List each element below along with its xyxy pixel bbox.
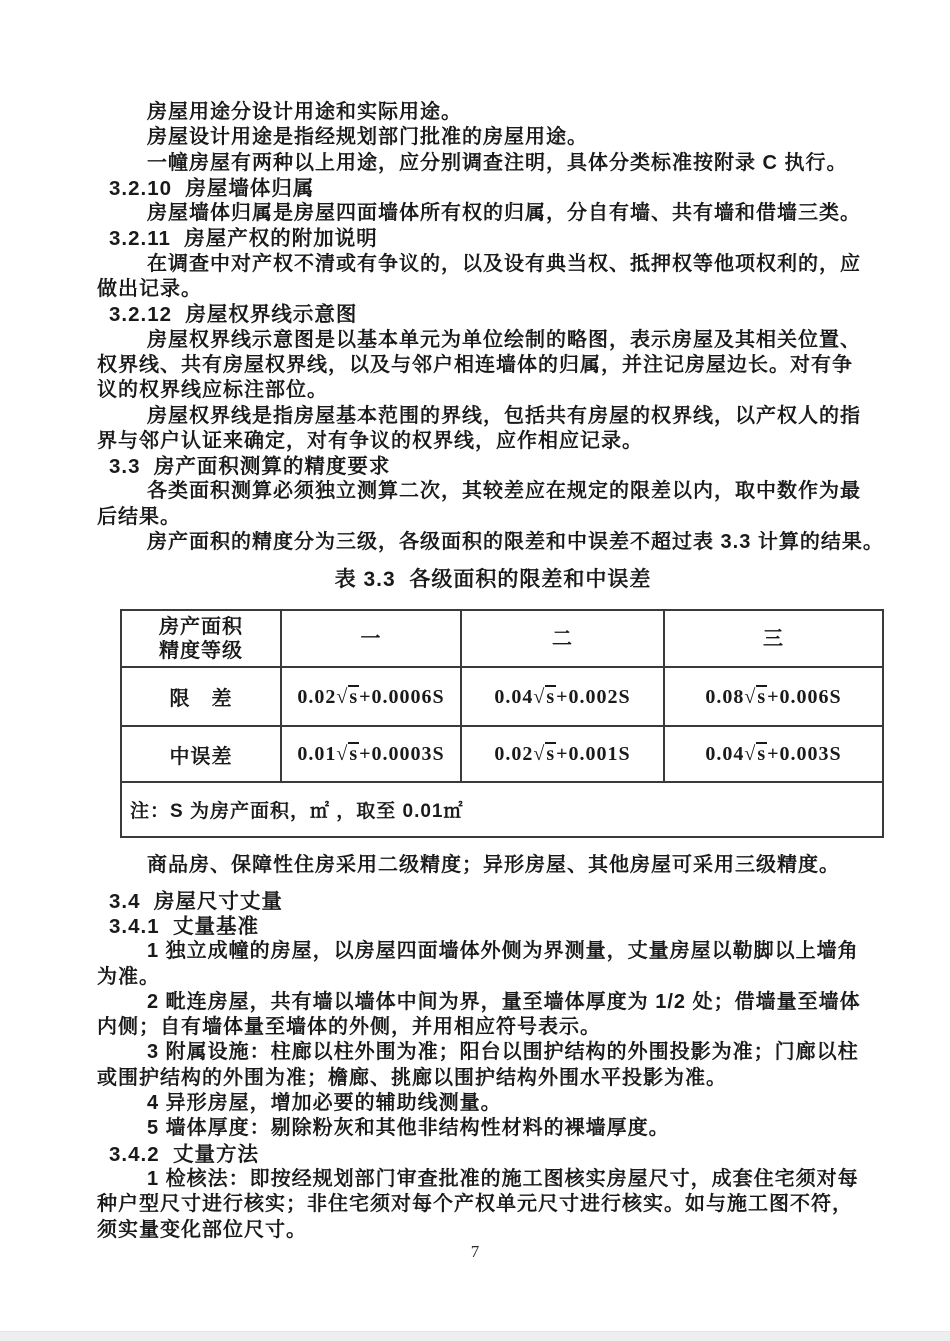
text-line: 权界线、共有房屋权界线，以及与邻户相连墙体的归属，并注记房屋边长。对有争 — [97, 353, 889, 378]
table-note: 注：S 为房产面积，㎡ ，取至 0.01㎡ — [121, 782, 883, 837]
text-line: 1 检核法：即按经规划部门审查批准的施工图核实房屋尺寸，成套住宅须对每 — [97, 1167, 889, 1192]
text-line: 房屋用途分设计用途和实际用途。 — [97, 100, 889, 125]
text-line: 房屋墙体归属是房屋四面墙体所有权的归属，分自有墙、共有墙和借墙三类。 — [97, 201, 889, 226]
formula-cell: 0.02√s+0.001S — [461, 726, 664, 782]
column-header-1: 一 — [281, 610, 461, 667]
text-line: 为准。 — [97, 965, 889, 990]
text-line: 或围护结构的外围为准；檐廊、挑廊以围护结构外围水平投影为准。 — [97, 1066, 889, 1091]
precision-table: 房产面积 精度等级 一 二 三 限 差 0.02√s+0.0006S 0.04√… — [120, 609, 884, 838]
sqrt-radical: √s — [744, 686, 767, 708]
text-line: 商品房、保障性住房采用二级精度；异形房屋、其他房屋可采用三级精度。 — [97, 853, 889, 878]
text-line: 内侧；自有墙体量至墙体的外侧，并用相应符号表示。 — [97, 1015, 889, 1040]
row-label: 限 差 — [121, 667, 281, 726]
text-line: 种户型尺寸进行核实；非住宅须对每个产权单元尺寸进行核实。如与施工图不符， — [97, 1192, 889, 1217]
text-line: 一幢房屋有两种以上用途，应分别调查注明，具体分类标准按附录 C 执行。 — [97, 151, 889, 176]
table-note-row: 注：S 为房产面积，㎡ ，取至 0.01㎡ — [121, 782, 883, 837]
formula-cell: 0.08√s+0.006S — [664, 667, 883, 726]
table-row: 中误差 0.01√s+0.0003S 0.02√s+0.001S 0.04√s+… — [121, 726, 883, 782]
sqrt-radical: √s — [533, 743, 556, 765]
text-line: 做出记录。 — [97, 277, 889, 302]
formula-cell: 0.02√s+0.0006S — [281, 667, 461, 726]
table-corner-cell: 房产面积 精度等级 — [121, 610, 281, 667]
text-line: 4 异形房屋，增加必要的辅助线测量。 — [97, 1091, 889, 1116]
formula-cell: 0.01√s+0.0003S — [281, 726, 461, 782]
document-page: 房屋用途分设计用途和实际用途。 房屋设计用途是指经规划部门批准的房屋用途。 一幢… — [0, 0, 950, 1341]
text-line: 房屋设计用途是指经规划部门批准的房屋用途。 — [97, 125, 889, 150]
formula-cell: 0.04√s+0.002S — [461, 667, 664, 726]
text-line: 界与邻户认证来确定，对有争议的权界线，应作相应记录。 — [97, 429, 889, 454]
row-label: 中误差 — [121, 726, 281, 782]
text-line: 各类面积测算必须独立测算二次，其较差应在规定的限差以内，取中数作为最 — [97, 479, 889, 504]
section-heading-3-4-2: 3.4.2 丈量方法 — [97, 1142, 889, 1167]
section-heading-3-4-1: 3.4.1 丈量基准 — [97, 914, 889, 939]
text-line: 房屋权界线示意图是以基本单元为单位绘制的略图，表示房屋及其相关位置、 — [97, 328, 889, 353]
sqrt-radical: √s — [336, 686, 359, 708]
section-heading-3-2-12: 3.2.12 房屋权界线示意图 — [97, 302, 889, 327]
text-line: 后结果。 — [97, 505, 889, 530]
table-title: 表 3.3 各级面积的限差和中误差 — [97, 563, 889, 589]
text-block: 房屋用途分设计用途和实际用途。 房屋设计用途是指经规划部门批准的房屋用途。 一幢… — [97, 100, 889, 1243]
section-heading-3-3: 3.3 房产面积测算的精度要求 — [97, 454, 889, 479]
text-line: 房屋权界线是指房屋基本范围的界线，包括共有房屋的权界线，以产权人的指 — [97, 404, 889, 429]
text-line: 3 附属设施：柱廊以柱外围为准；阳台以围护结构的外围投影为准；门廊以柱 — [97, 1040, 889, 1065]
column-header-2: 二 — [461, 610, 664, 667]
page-number: 7 — [0, 1242, 950, 1262]
corner-line2: 精度等级 — [122, 639, 280, 663]
footer-bar — [0, 1331, 950, 1341]
text-line: 须实量变化部位尺寸。 — [97, 1218, 889, 1243]
section-heading-3-2-10: 3.2.10 房屋墙体归属 — [97, 176, 889, 201]
sqrt-radical: √s — [336, 743, 359, 765]
table-row: 限 差 0.02√s+0.0006S 0.04√s+0.002S 0.08√s+… — [121, 667, 883, 726]
sqrt-radical: √s — [744, 743, 767, 765]
corner-line1: 房产面积 — [122, 615, 280, 639]
sqrt-radical: √s — [533, 686, 556, 708]
section-heading-3-2-11: 3.2.11 房屋产权的附加说明 — [97, 226, 889, 251]
text-line: 1 独立成幢的房屋，以房屋四面墙体外侧为界测量，丈量房屋以勒脚以上墙角 — [97, 939, 889, 964]
table-header-row: 房产面积 精度等级 一 二 三 — [121, 610, 883, 667]
section-heading-3-4: 3.4 房屋尺寸丈量 — [97, 889, 889, 914]
formula-cell: 0.04√s+0.003S — [664, 726, 883, 782]
text-line: 5 墙体厚度：剔除粉灰和其他非结构性材料的裸墙厚度。 — [97, 1116, 889, 1141]
text-line: 在调查中对产权不清或有争议的，以及设有典当权、抵押权等他项权利的，应 — [97, 252, 889, 277]
text-line: 2 毗连房屋，共有墙以墙体中间为界，量至墙体厚度为 1/2 处；借墙量至墙体 — [97, 990, 889, 1015]
text-line: 议的权界线应标注部位。 — [97, 378, 889, 403]
column-header-3: 三 — [664, 610, 883, 667]
text-line: 房产面积的精度分为三级，各级面积的限差和中误差不超过表 3.3 计算的结果。 — [97, 530, 889, 555]
